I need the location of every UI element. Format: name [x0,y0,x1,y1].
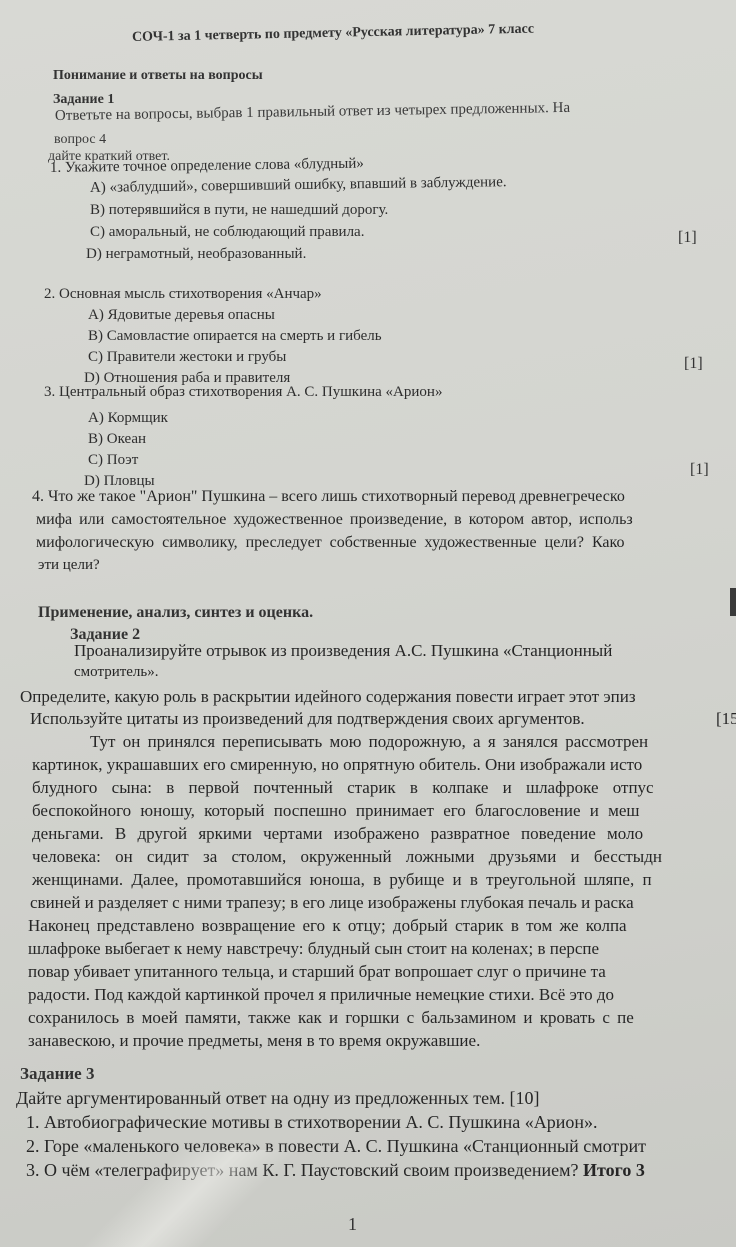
question-4-line4: эти цели? [38,557,100,574]
excerpt-line-11: повар убивает упитанного тельца, и старш… [28,962,606,982]
task1-instruction-line1: Ответьте на вопросы, выбрав 1 правильный… [55,100,570,125]
question-4-line1: 4. Что же такое "Арион" Пушкина – всего … [32,488,625,506]
task3-heading: Задание 3 [20,1064,94,1084]
question-1-option-d: D) неграмотный, необразованный. [86,246,306,263]
page-edge-mark [730,588,736,616]
task2-instruction-line1: Проанализируйте отрывок из произведения … [74,641,612,661]
question-3-score: [1] [690,461,709,479]
question-2-option-a: A) Ядовитые деревья опасны [88,307,275,324]
task2-instruction-line2: смотритель». [74,664,159,681]
task3-instruction: Дайте аргументированный ответ на одну из… [16,1088,540,1109]
question-2-option-b: B) Самовластие опирается на смерть и гиб… [88,328,382,345]
excerpt-line-1: Тут он принялся переписывать мою подорож… [90,732,648,752]
question-3-text: 3. Центральный образ стихотворения А. С.… [44,384,442,401]
question-3-option-a: A) Кормщик [88,410,168,427]
excerpt-line-3: блудного сына: в первой почтенный старик… [32,778,654,798]
task1-instruction-line2: вопрос 4 [54,132,106,148]
task3-topic-3-text: 3. О чём «телеграфирует» нам К. Г. Пауст… [26,1160,578,1180]
task3-topic-2: 2. Горе «маленького человека» в повести … [26,1136,646,1157]
excerpt-line-14: занавескою, и прочие предметы, меня в то… [28,1031,480,1051]
question-1-option-c: C) аморальный, не соблюдающий правила. [90,224,364,241]
excerpt-line-12: радости. Под каждой картинкой прочел я п… [28,985,614,1005]
excerpt-line-2: картинок, украшавших его смиренную, но о… [32,755,642,775]
excerpt-line-4: беспокойного юношу, который поспешно при… [32,801,640,821]
excerpt-line-7: женщинами. Далее, промотавшийся юноша, в… [32,870,652,890]
excerpt-line-6: человека: он сидит за столом, окруженный… [32,847,662,867]
excerpt-line-5: деньгами. В другой яркими чертами изобра… [32,824,643,844]
page-number: 1 [348,1214,357,1235]
section2-heading: Применение, анализ, синтез и оценка. [38,604,313,622]
question-1-text: 1. Укажите точное определение слова «блу… [50,156,364,177]
section1-heading: Понимание и ответы на вопросы [53,68,263,84]
task3-topic-3: 3. О чём «телеграфирует» нам К. Г. Пауст… [26,1160,645,1181]
task1-heading: Задание 1 [53,92,114,108]
question-1-option-a: A) «заблудший», совершивший ошибку, впав… [90,174,507,197]
excerpt-line-8: свиней и разделяет с ними трапезу; в его… [30,893,634,913]
exam-sheet: СОЧ-1 за 1 четверть по предмету «Русская… [0,0,736,1247]
task2-score: [15 [716,709,736,729]
task2-instruction-line3: Определите, какую роль в раскрытии идейн… [20,687,636,707]
question-4-line2: мифа или самостоятельное художественное … [36,511,633,529]
excerpt-line-9: Наконец представлено возвращение его к о… [28,916,627,936]
question-3-option-b: B) Океан [88,431,146,448]
task3-topic-1: 1. Автобиографические мотивы в стихотвор… [26,1112,598,1133]
question-2-text: 2. Основная мысль стихотворения «Анчар» [44,286,322,303]
task2-instruction-line4: Используйте цитаты из произведений для п… [30,709,585,729]
question-2-option-c: C) Правители жестоки и грубы [88,349,286,366]
total-score-label: Итого 3 [583,1160,645,1180]
document-title: СОЧ-1 за 1 четверть по предмету «Русская… [132,22,534,46]
question-2-score: [1] [684,355,703,373]
question-4-line3: мифологическую символику, преследует соб… [36,534,625,552]
excerpt-line-10: шлафроке выбегает к нему навстречу: блуд… [28,939,599,959]
question-1-option-b: B) потерявшийся в пути, не нашедший доро… [90,202,388,219]
excerpt-line-13: сохранилось в моей памяти, также как и г… [28,1008,634,1028]
question-3-option-c: C) Поэт [88,452,138,469]
question-1-score: [1] [678,229,697,247]
